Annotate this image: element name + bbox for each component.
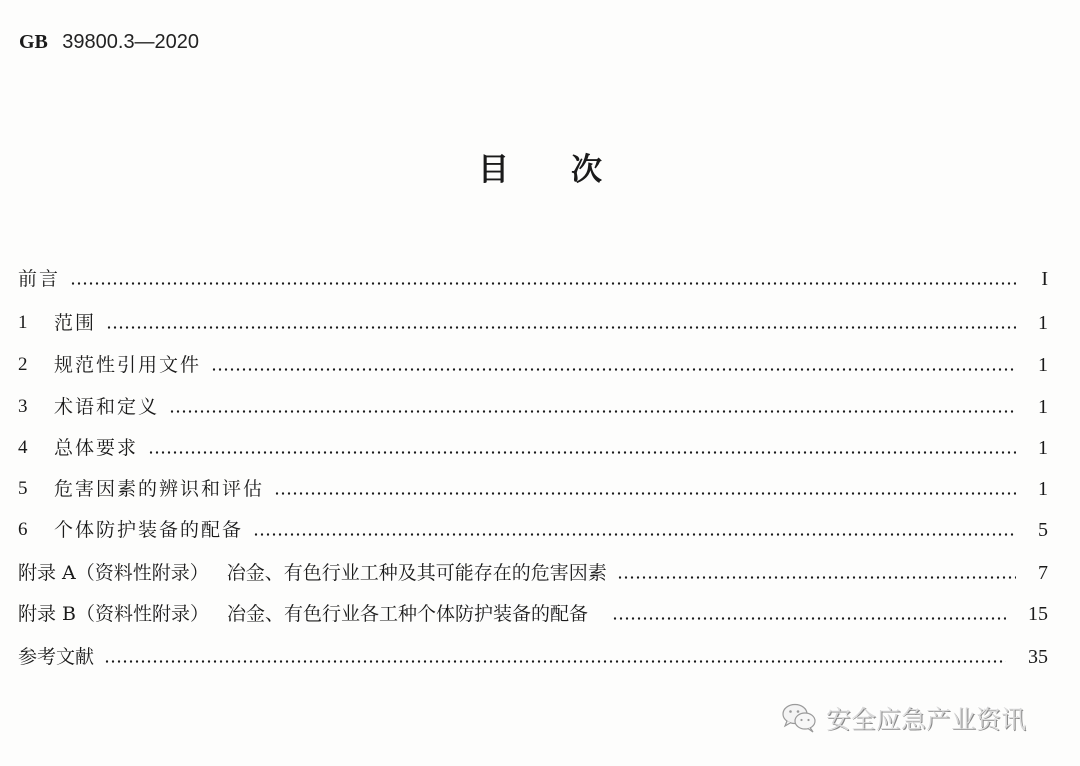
toc-entry-number: 4	[18, 435, 54, 461]
dot-leader	[70, 282, 1016, 285]
toc-entry-page: 15	[1026, 601, 1048, 627]
dot-leader	[169, 410, 1016, 413]
dot-leader	[617, 576, 1016, 579]
toc-entry-page: 1	[1026, 394, 1048, 420]
toc-entry-page: 1	[1026, 476, 1048, 502]
toc-entry-number: 1	[18, 310, 54, 336]
standard-number: 39800.3—2020	[62, 31, 199, 53]
toc-entry-label: 个体防护装备的配备	[54, 517, 243, 543]
watermark-text: 安全应急产业资讯	[826, 700, 1026, 736]
toc-entry-number: 3	[18, 394, 54, 420]
toc-entry-foreword[interactable]: 前言 I	[18, 262, 1048, 292]
annex-prefix: 附录 A（资料性附录）	[18, 560, 209, 586]
toc-entry-label: 冶金、有色行业各工种个体防护装备的配备	[227, 601, 588, 627]
dot-leader	[211, 368, 1016, 371]
toc-entry-hazard-identification[interactable]: 5 危害因素的辨识和评估 1	[18, 472, 1048, 502]
toc-entry-label: 危害因素的辨识和评估	[54, 476, 264, 502]
toc-entry-page: I	[1026, 266, 1048, 292]
page-title: 目次	[0, 150, 1080, 190]
toc-entry-number: 5	[18, 476, 54, 502]
toc-entry-number: 2	[18, 352, 54, 378]
standard-header: GB 39800.3—2020	[19, 29, 199, 54]
toc-entry-label: 规范性引用文件	[54, 352, 201, 378]
toc-entry-page: 1	[1026, 310, 1048, 336]
dot-leader	[612, 617, 1006, 620]
toc-entry-scope[interactable]: 1 范围 1	[18, 306, 1048, 336]
toc-entry-annex-b[interactable]: 附录 B（资料性附录） 冶金、有色行业各工种个体防护装备的配备 15	[18, 597, 1048, 627]
toc-entry-normative-references[interactable]: 2 规范性引用文件 1	[18, 348, 1048, 378]
dot-leader	[253, 533, 1016, 536]
toc-entry-label: 术语和定义	[54, 394, 159, 420]
toc-entry-label: 冶金、有色行业工种及其可能存在的危害因素	[227, 560, 607, 586]
wechat-icon	[780, 702, 820, 734]
toc-entry-page: 1	[1026, 352, 1048, 378]
toc-entry-annex-a[interactable]: 附录 A（资料性附录） 冶金、有色行业工种及其可能存在的危害因素 7	[18, 556, 1048, 586]
dot-leader	[106, 326, 1016, 329]
toc-entry-ppe-allocation[interactable]: 6 个体防护装备的配备 5	[18, 513, 1048, 543]
toc-entry-label: 总体要求	[54, 435, 138, 461]
title-char-1: 目	[478, 150, 509, 190]
title-char-2: 次	[571, 150, 602, 190]
watermark: 安全应急产业资讯	[780, 700, 1026, 736]
toc-entry-label: 范围	[54, 310, 96, 336]
dot-leader	[148, 451, 1016, 454]
dot-leader	[274, 492, 1016, 495]
toc-entry-page: 1	[1026, 435, 1048, 461]
toc-entry-general-requirements[interactable]: 4 总体要求 1	[18, 431, 1048, 461]
dot-leader	[104, 660, 1006, 663]
standard-code: GB	[19, 31, 48, 53]
toc-entry-number: 6	[18, 517, 54, 543]
annex-prefix: 附录 B（资料性附录）	[18, 601, 209, 627]
toc-entry-terms-definitions[interactable]: 3 术语和定义 1	[18, 390, 1048, 420]
toc-entry-label: 参考文献	[18, 644, 94, 670]
toc-entry-page: 5	[1026, 517, 1048, 543]
toc-entry-page: 35	[1026, 644, 1048, 670]
toc-entry-bibliography[interactable]: 参考文献 35	[18, 640, 1048, 670]
toc-entry-label: 前言	[18, 266, 60, 292]
toc-entry-page: 7	[1026, 560, 1048, 586]
